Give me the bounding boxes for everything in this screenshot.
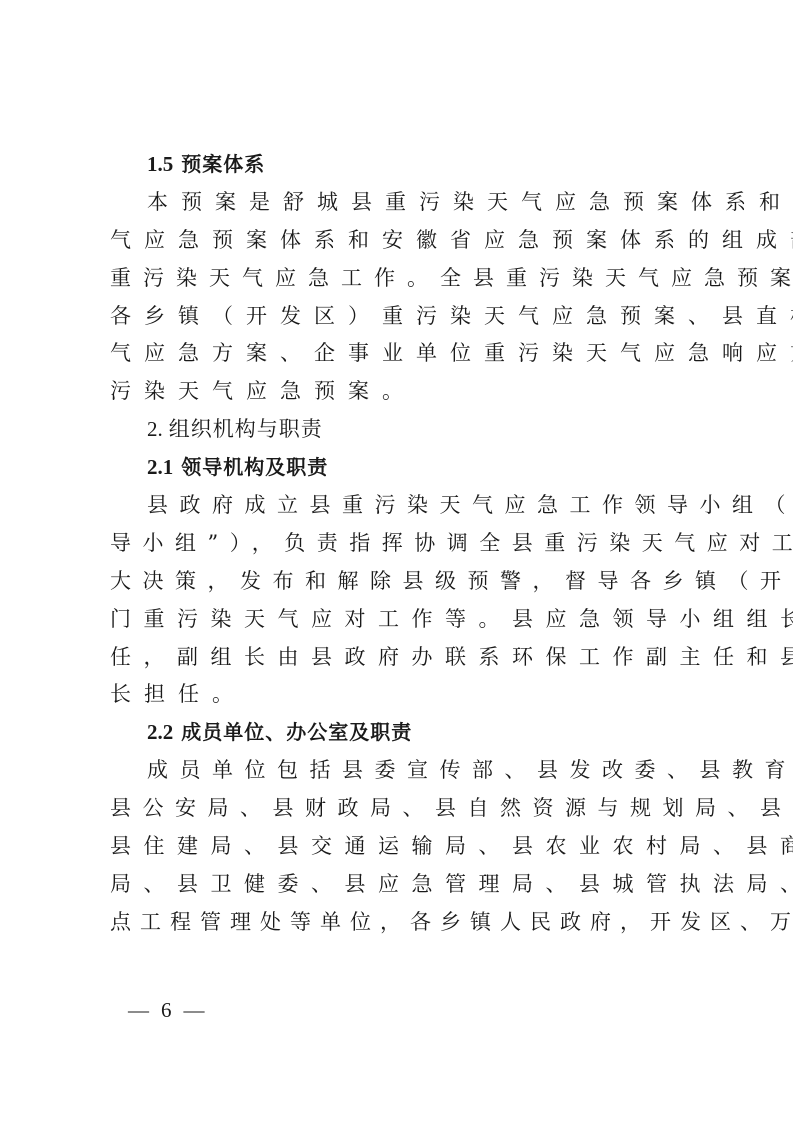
text-line: 气应急方案、企事业单位重污染天气应急响应方案、重大活动重 [110,335,694,373]
text-line: 成员单位包括县委宣传部、县发改委、县教育局、县经信局、 [110,752,694,790]
text-line: 本预案是舒城县重污染天气应急预案体系和六安市重污染天 [110,184,694,222]
document-body: 1.5预案体系 本预案是舒城县重污染天气应急预案体系和六安市重污染天 气应急预案… [110,146,694,942]
heading-number: 2. [147,417,163,441]
text-line: 县政府成立县重污染天气应急工作领导小组（简称“县应急领 [110,487,694,525]
text-line: 县住建局、县交通运输局、县农业农村局、县商务局、县文旅体 [110,828,694,866]
text-line: 导小组”），负责指挥协调全县重污染天气应对工作，应急处置重 [110,525,694,563]
page-number: —6— [128,996,205,1024]
page-number-dash-left: — [128,996,149,1024]
paragraph-1-5: 本预案是舒城县重污染天气应急预案体系和六安市重污染天 气应急预案体系和安徽省应急… [110,184,694,411]
text-line: 污染天气应急预案。 [110,373,694,411]
paragraph-2-1: 县政府成立县重污染天气应急工作领导小组（简称“县应急领 导小组”），负责指挥协调… [110,487,694,714]
text-line: 长担任。 [110,676,694,714]
paragraph-2-2: 成员单位包括县委宣传部、县发改委、县教育局、县经信局、 县公安局、县财政局、县自… [110,752,694,941]
text-line: 门重污染天气应对工作等。县应急领导小组组长由分管副县长担 [110,601,694,639]
heading-text: 组织机构与职责 [169,417,323,441]
section-heading-2: 2.组织机构与职责 [110,411,694,449]
text-line: 任，副组长由县政府办联系环保工作副主任和县生态环境分局局 [110,639,694,677]
text-line: 重污染天气应急工作。全县重污染天气应急预案体系包括本预案、 [110,260,694,298]
text-line: 县公安局、县财政局、县自然资源与规划局、县生态环境分局、 [110,790,694,828]
text-line: 各乡镇（开发区）重污染天气应急预案、县直相关部门重污染天 [110,298,694,336]
text-line: 大决策，发布和解除县级预警，督导各乡镇（开发区）和有关部 [110,563,694,601]
document-page: 1.5预案体系 本预案是舒城县重污染天气应急预案体系和六安市重污染天 气应急预案… [0,0,793,1122]
heading-text: 成员单位、办公室及职责 [181,720,412,744]
section-heading-2-2: 2.2成员单位、办公室及职责 [110,714,694,752]
heading-number: 2.2 [147,720,173,744]
text-line: 局、县卫健委、县应急管理局、县城管执法局、县气象局和县重 [110,866,694,904]
heading-number: 2.1 [147,455,173,479]
heading-text: 领导机构及职责 [181,455,328,479]
heading-text: 预案体系 [181,152,265,176]
heading-number: 1.5 [147,152,173,176]
text-line: 气应急预案体系和安徽省应急预案体系的组成部分，统领舒城县 [110,222,694,260]
section-heading-2-1: 2.1领导机构及职责 [110,449,694,487]
section-heading-1-5: 1.5预案体系 [110,146,694,184]
page-number-value: 6 [161,996,172,1024]
text-line: 点工程管理处等单位，各乡镇人民政府，开发区、万佛湖管委会， [110,904,694,942]
page-number-dash-right: — [184,996,205,1024]
